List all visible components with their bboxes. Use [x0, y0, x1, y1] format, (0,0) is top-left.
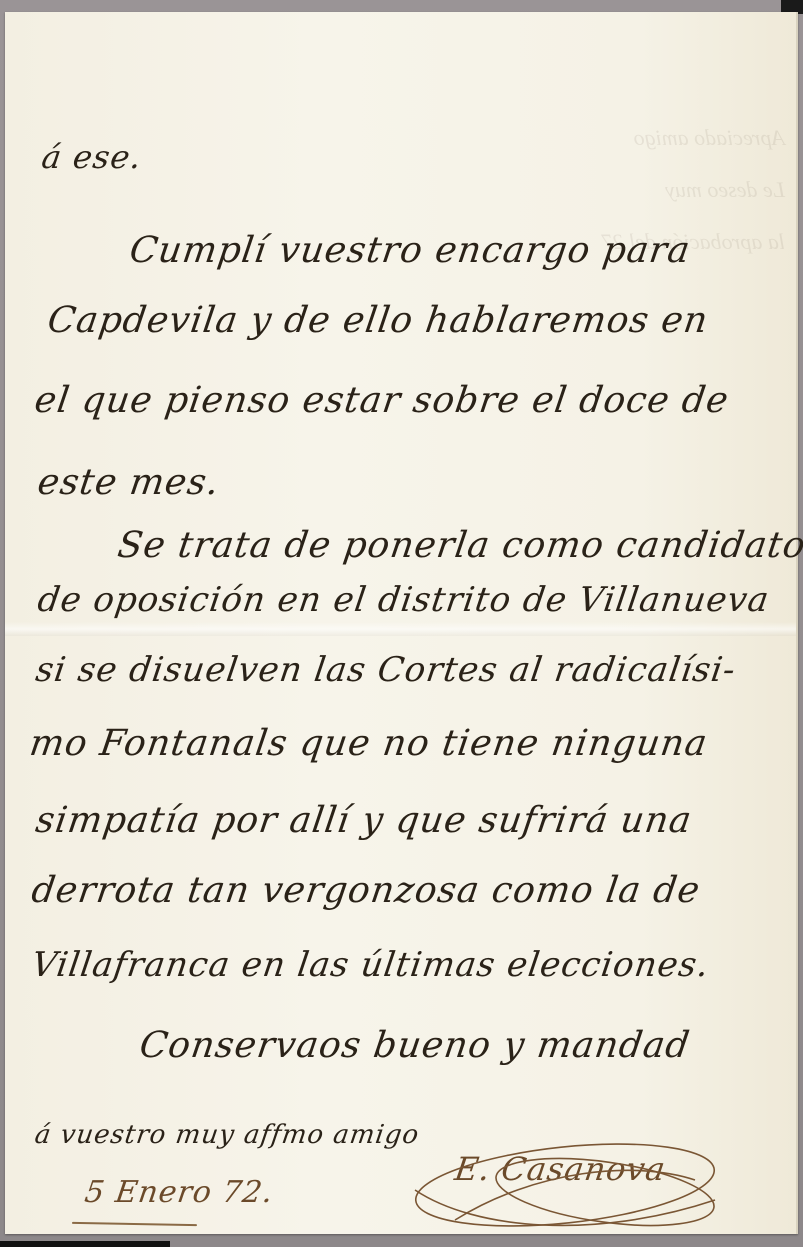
letter-line-11: derrota tan vergonzosa como la de — [29, 870, 703, 911]
scan-bottom-shadow — [0, 1241, 170, 1247]
letter-date: 5 Enero 72. — [83, 1175, 276, 1210]
letter-line-2: Cumplí vuestro encargo para — [127, 230, 693, 271]
closing-line-1: Conservaos bueno y mandad — [137, 1025, 693, 1066]
letter-line-12: Villafranca en las últimas elecciones. — [29, 945, 712, 985]
letter-line-3: Capdevila y de ello hablaremos en — [45, 300, 711, 341]
letter-line-9: mo Fontanals que no tiene ninguna — [27, 723, 710, 764]
paper-fold — [5, 622, 796, 636]
letter-line-1: á ese. — [39, 138, 144, 176]
letter-line-7: de oposición en el distrito de Villanuev… — [35, 580, 772, 620]
letter-line-5: este mes. — [35, 462, 222, 503]
letter-line-10: simpatía por allí y que sufrirá una — [33, 800, 695, 841]
letter-line-8: si se disuelven las Cortes al radicalísi… — [33, 650, 738, 690]
letter-line-4: el que pienso estar sobre el doce de — [32, 380, 731, 421]
signature-flourish-icon — [395, 1130, 725, 1240]
letter-line-6: Se trata de ponerla como candidato — [115, 525, 803, 566]
closing-line-2: á vuestro muy affmo amigo — [33, 1120, 421, 1150]
